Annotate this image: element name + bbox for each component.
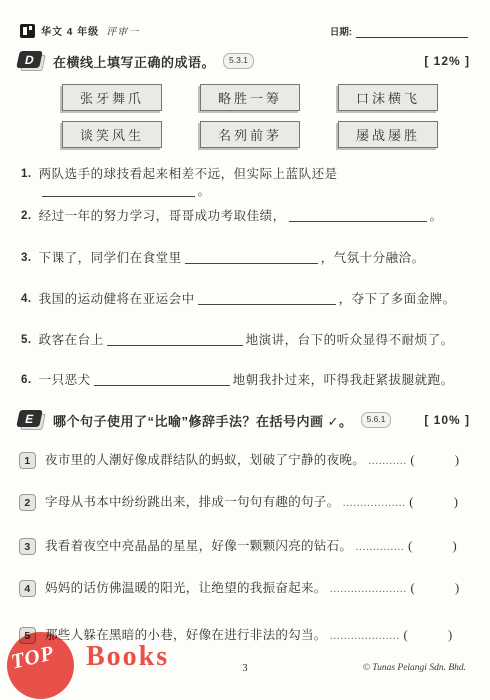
- subject-grade-label: 华文 4 年级: [41, 23, 99, 38]
- answer-blank-line: [289, 210, 427, 222]
- top-books-logo-books-text: Books: [86, 641, 169, 673]
- question-text: 字母从书本中纷纷跳出来，排成一句句有趣的句子。 ................…: [45, 493, 458, 513]
- d-question-3: 3. 下课了，同学们在食堂里，气氛十分融洽。: [21, 250, 478, 267]
- idiom-box: 名列前茅: [200, 121, 300, 148]
- idiom-box: 谈笑风生: [62, 121, 162, 148]
- section-d-header: D 在横线上填写正确的成语。 5.3.1 [ 12% ]: [18, 51, 470, 71]
- question-number: 5.: [21, 332, 32, 349]
- answer-brackets: (): [410, 453, 459, 467]
- answer-brackets: (): [408, 539, 457, 553]
- question-text: 一只恶犬地朝我扑过来，吓得我赶紧拔腿就跑。: [39, 372, 454, 389]
- worksheet-page: 华文 4 年级 评审一 日期: D 在横线上填写正确的成语。 5.3.1 [ 1…: [0, 0, 490, 700]
- answer-brackets: (): [403, 628, 452, 642]
- date-field: 日期:: [330, 24, 468, 38]
- d-question-6: 6. 一只恶犬地朝我扑过来，吓得我赶紧拔腿就跑。: [21, 372, 478, 389]
- section-d-book-icon: D: [18, 51, 45, 71]
- idiom-word-bank: 张牙舞爪 略胜一筹 口沫横飞 谈笑风生 名列前茅 屡战屡胜: [62, 84, 438, 148]
- section-d-code-badge: 5.3.1: [223, 53, 254, 69]
- dotted-leader: ..............: [356, 542, 405, 553]
- section-e-marks: [ 10% ]: [424, 413, 470, 427]
- section-e-title: 哪个句子使用了“比喻”修辞手法？在括号内画 ✓。: [53, 411, 353, 430]
- section-d-marks: [ 12% ]: [424, 54, 470, 68]
- question-number-chip: 2: [19, 494, 36, 511]
- copyright-notice: © Tunas Pelangi Sdn. Bhd.: [363, 663, 466, 673]
- dotted-leader: ..................: [343, 498, 406, 509]
- page-header: 华文 4 年级 评审一 日期:: [20, 23, 468, 38]
- question-number: 6.: [21, 372, 32, 389]
- d-question-1: 1. 两队选手的球技看起来相差不远，但实际上蓝队还是。: [21, 166, 478, 200]
- idiom-box: 口沫横飞: [338, 84, 438, 111]
- idiom-box: 略胜一筹: [200, 84, 300, 111]
- idiom-box: 屡战屡胜: [338, 121, 438, 148]
- section-d-letter: D: [16, 51, 43, 68]
- dotted-leader: ....................: [330, 631, 400, 642]
- date-label: 日期:: [330, 24, 352, 38]
- question-text: 妈妈的话仿佛温暖的阳光，让绝望的我振奋起来。 .................…: [45, 579, 459, 599]
- section-e-letter: E: [16, 410, 43, 427]
- question-text: 两队选手的球技看起来相差不远，但实际上蓝队还是。: [39, 166, 478, 200]
- dotted-leader: ......................: [330, 584, 407, 595]
- date-blank-line: [356, 27, 468, 38]
- question-text: 我国的运动健将在亚运会中，夺下了多面金牌。: [39, 291, 456, 308]
- d-question-5: 5. 政客在台上地演讲，台下的听众显得不耐烦了。: [21, 332, 478, 349]
- answer-blank-line: [94, 374, 230, 386]
- e-question-4: 4 妈妈的话仿佛温暖的阳光，让绝望的我振奋起来。 ...............…: [19, 579, 480, 599]
- answer-blank-line: [185, 252, 318, 264]
- question-number: 1.: [21, 166, 32, 200]
- d-question-2: 2. 经过一年的努力学习，哥哥成功考取佳绩，。: [21, 208, 478, 225]
- question-number: 3.: [21, 250, 32, 267]
- publisher-logo-icon: [20, 24, 35, 38]
- question-number-chip: 5: [19, 627, 36, 644]
- question-number-chip: 4: [19, 580, 36, 597]
- question-number: 2.: [21, 208, 32, 225]
- question-number-chip: 1: [19, 452, 36, 469]
- section-d-title: 在横线上填写正确的成语。: [53, 52, 215, 71]
- e-question-2: 2 字母从书本中纷纷跳出来，排成一句句有趣的句子。 ..............…: [19, 493, 480, 513]
- section-e-book-icon: E: [18, 410, 45, 430]
- answer-blank-line: [42, 185, 195, 197]
- question-text: 我看着夜空中亮晶晶的星星，好像一颗颗闪亮的钻石。 .............. …: [45, 537, 457, 557]
- answer-blank-line: [107, 334, 243, 346]
- d-question-4: 4. 我国的运动健将在亚运会中，夺下了多面金牌。: [21, 291, 478, 308]
- question-text: 夜市里的人潮好像成群结队的蚂蚁，划破了宁静的夜晚。 ........... (): [45, 451, 459, 471]
- answer-blank-line: [198, 293, 336, 305]
- assessment-label: 评审一: [106, 23, 139, 38]
- question-number-chip: 3: [19, 538, 36, 555]
- question-text: 政客在台上地演讲，台下的听众显得不耐烦了。: [39, 332, 454, 349]
- idiom-box: 张牙舞爪: [62, 84, 162, 111]
- section-e-header: E 哪个句子使用了“比喻”修辞手法？在括号内画 ✓。 5.6.1 [ 10% ]: [18, 410, 470, 430]
- answer-brackets: (): [410, 581, 459, 595]
- section-e-code-badge: 5.6.1: [361, 412, 392, 428]
- dotted-leader: ...........: [368, 456, 407, 467]
- answer-brackets: (): [409, 495, 458, 509]
- e-question-1: 1 夜市里的人潮好像成群结队的蚂蚁，划破了宁静的夜晚。 ........... …: [19, 451, 480, 471]
- question-number: 4.: [21, 291, 32, 308]
- question-text: 经过一年的努力学习，哥哥成功考取佳绩，。: [39, 208, 443, 225]
- question-text: 下课了，同学们在食堂里，气氛十分融洽。: [39, 250, 425, 267]
- e-question-3: 3 我看着夜空中亮晶晶的星星，好像一颗颗闪亮的钻石。 .............…: [19, 537, 480, 557]
